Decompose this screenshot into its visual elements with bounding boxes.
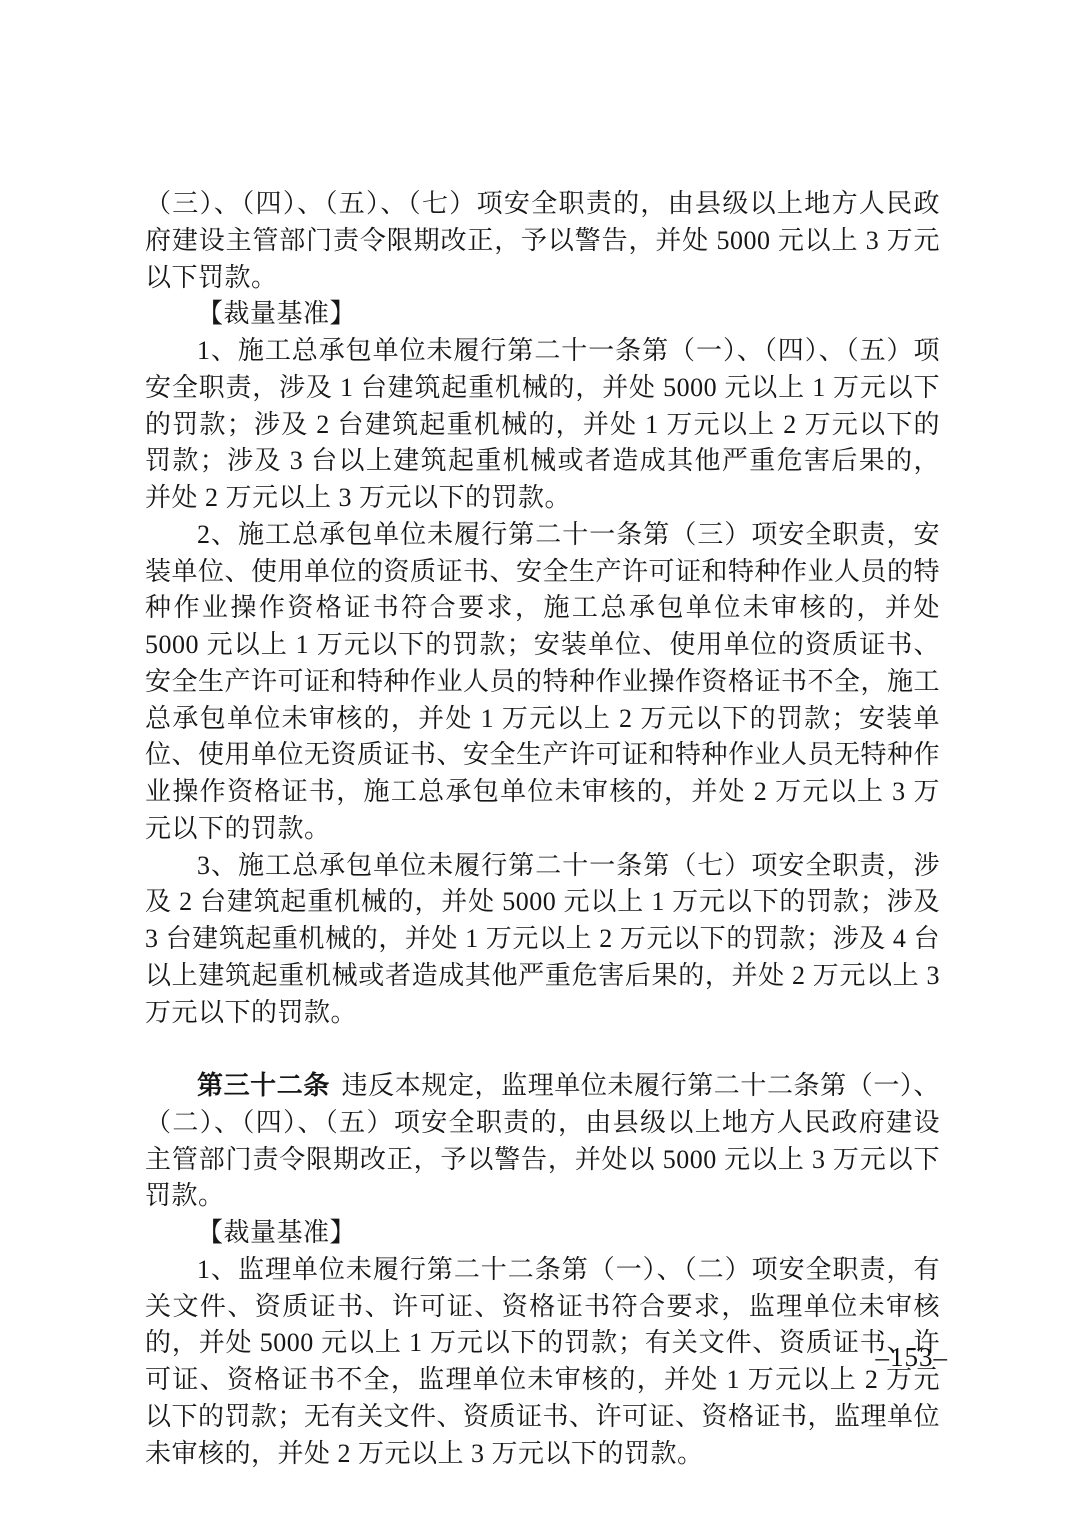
- discretion-benchmark-heading-1: 【裁量基准】: [145, 296, 940, 333]
- discretion-benchmark-heading-2: 【裁量基准】: [145, 1215, 940, 1252]
- benchmark-item-3: 3、施工总承包单位未履行第二十一条第（七）项安全职责，涉及 2 台建筑起重机械的…: [145, 848, 940, 1032]
- paragraph-continuation: （三）、（四）、（五）、（七）项安全职责的，由县级以上地方人民政府建设主管部门责…: [145, 186, 940, 296]
- benchmark-item-1: 1、施工总承包单位未履行第二十一条第（一）、（四）、（五）项安全职责，涉及 1 …: [145, 333, 940, 517]
- article-32-paragraph: 第三十二条违反本规定，监理单位未履行第二十二条第（一）、（二）、（四）、（五）项…: [145, 1068, 940, 1215]
- article-32-number: 第三十二条: [197, 1071, 330, 1100]
- document-page: （三）、（四）、（五）、（七）项安全职责的，由县级以上地方人民政府建设主管部门责…: [0, 0, 1075, 1520]
- document-body: （三）、（四）、（五）、（七）项安全职责的，由县级以上地方人民政府建设主管部门责…: [145, 186, 940, 1472]
- benchmark-item-supervision-1: 1、监理单位未履行第二十二条第（一）、（二）项安全职责，有关文件、资质证书、许可…: [145, 1252, 940, 1473]
- page-number: –153–: [876, 1342, 949, 1373]
- benchmark-item-2: 2、施工总承包单位未履行第二十一条第（三）项安全职责，安装单位、使用单位的资质证…: [145, 517, 940, 848]
